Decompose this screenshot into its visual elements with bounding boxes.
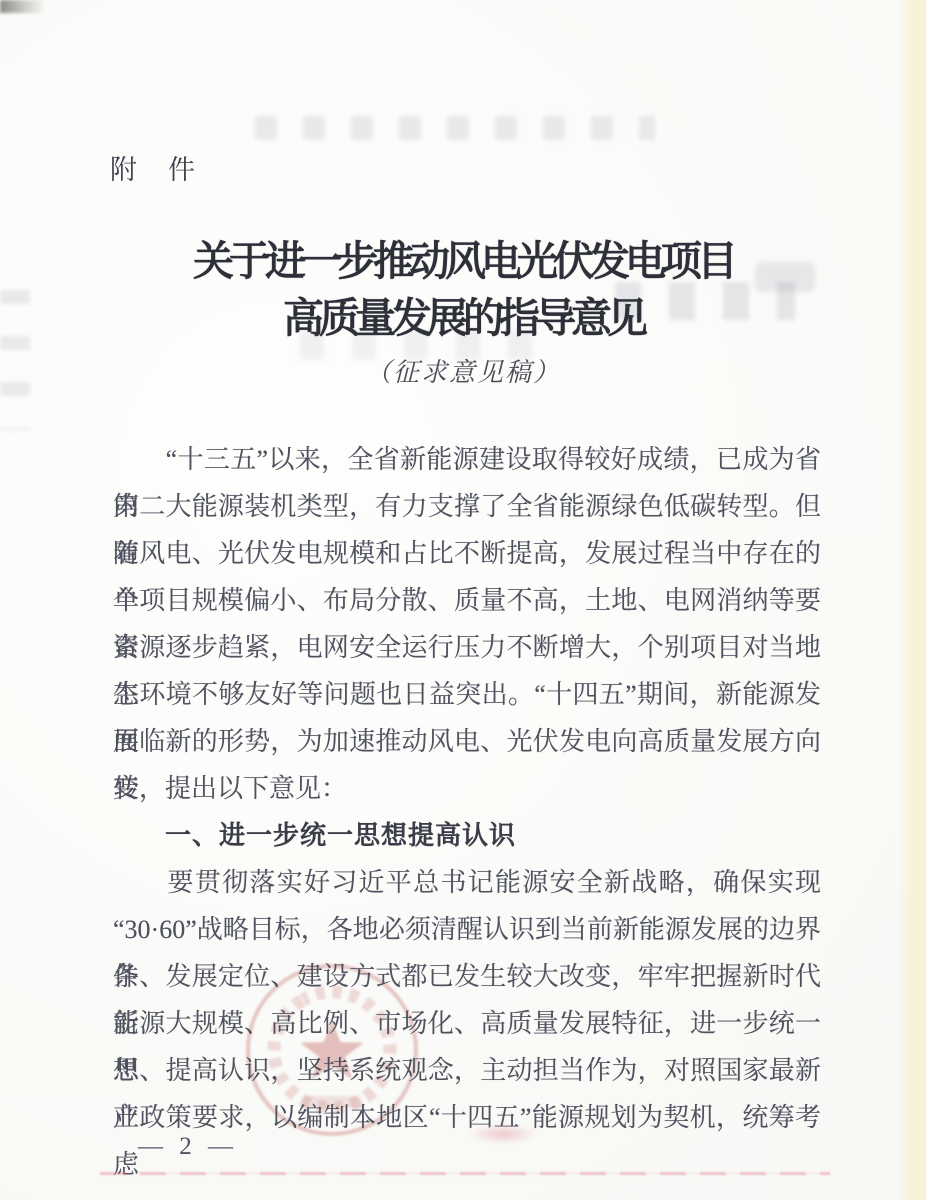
- text-line: 第二大能源装机类型，有力支撑了全省能源绿色低碳转型。但随: [113, 483, 821, 530]
- page-number: — 2 —: [138, 1133, 238, 1161]
- scanned-document-page: 附 件 关于进一步推动风电光伏发电项目 高质量发展的指导意见 （征求意见稿） “…: [0, 0, 926, 1200]
- text-line: 面临新的形势，为加速推动风电、光伏发电向高质量发展方向转: [113, 718, 821, 765]
- title-line-2: 高质量发展的指导意见: [0, 290, 926, 347]
- text-line: 能源大规模、高比例、市场化、高质量发展特征，进一步统一思: [113, 1000, 821, 1047]
- title-line-1: 关于进一步推动风电光伏发电项目: [0, 233, 926, 290]
- section-heading-1: 一、进一步统一思想提高认识: [113, 812, 821, 859]
- text-line: 着风电、光伏发电规模和占比不断提高，发展过程当中存在的单: [113, 530, 821, 577]
- text-line: 想、提高认识，坚持系统观念，主动担当作为，对照国家最新产: [113, 1047, 821, 1094]
- text-line: “十三五”以来，全省新能源建设取得较好成绩，已成为省内: [113, 436, 821, 483]
- scan-fold-line: [100, 1172, 830, 1175]
- bleedthrough-text-row: [255, 116, 655, 140]
- paragraph-2: 要贯彻落实好习近平总书记能源安全新战略，确保实现“30·60”战略目标，各地必须…: [113, 859, 821, 1141]
- text-line: 态环境不够友好等问题也日益突出。“十四五”期间，新能源发展: [113, 671, 821, 718]
- scanner-edge-band: [898, 0, 926, 1200]
- attachment-label: 附 件: [110, 148, 197, 187]
- text-line: “30·60”战略目标，各地必须清醒认识到当前新能源发展的边界条: [113, 906, 821, 953]
- paragraph-1-last-line: 变，提出以下意见：: [113, 765, 821, 812]
- seal-ink-smudge: [468, 1124, 538, 1144]
- document-subtitle: （征求意见稿）: [0, 352, 926, 389]
- document-title: 关于进一步推动风电光伏发电项目 高质量发展的指导意见: [0, 233, 926, 347]
- paragraph-1: “十三五”以来，全省新能源建设取得较好成绩，已成为省内第二大能源装机类型，有力支…: [113, 436, 821, 765]
- text-line: 要贯彻落实好习近平总书记能源安全新战略，确保实现: [113, 859, 821, 906]
- text-line: 个项目规模偏小、布局分散、质量不高，土地、电网消纳等要素: [113, 577, 821, 624]
- text-line: 件、发展定位、建设方式都已发生较大改变，牢牢把握新时代新: [113, 953, 821, 1000]
- scan-corner-smudge: [0, 0, 46, 13]
- text-line: 资源逐步趋紧，电网安全运行压力不断增大，个别项目对当地生: [113, 624, 821, 671]
- body-text: “十三五”以来，全省新能源建设取得较好成绩，已成为省内第二大能源装机类型，有力支…: [113, 436, 821, 1141]
